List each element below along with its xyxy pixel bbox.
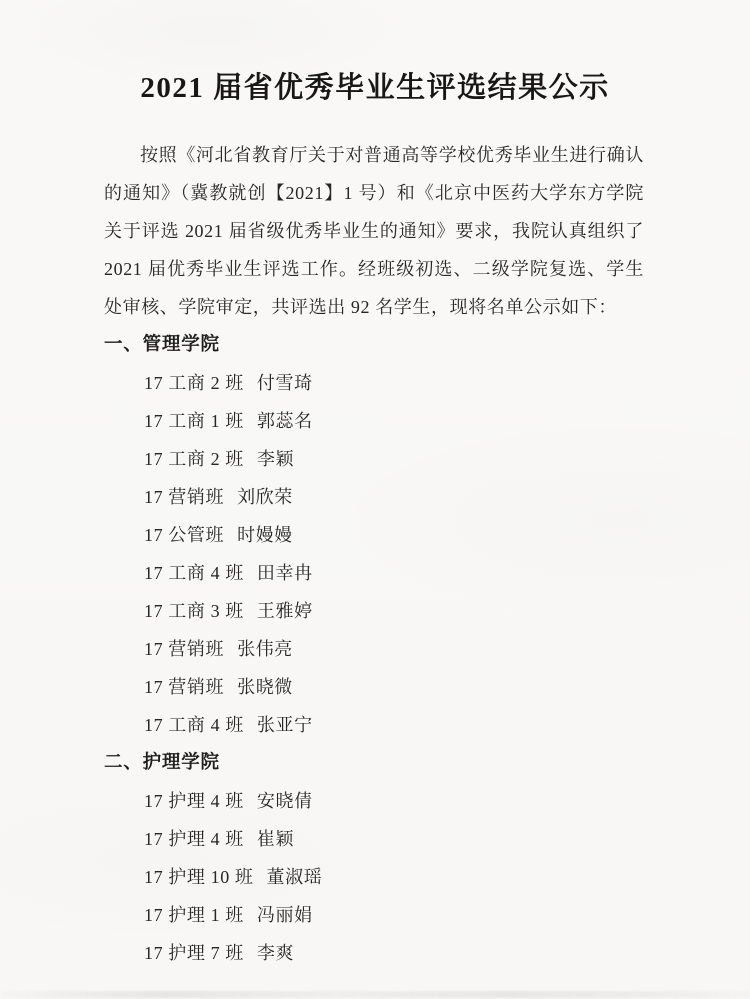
section-heading-management: 一、管理学院: [104, 326, 644, 364]
student-name: 张亚宁: [257, 715, 313, 735]
student-name: 张伟亮: [237, 639, 293, 659]
student-class: 17 营销班: [144, 639, 224, 659]
student-name: 李爽: [257, 943, 294, 963]
student-row: 17 营销班刘欣荣: [104, 478, 644, 516]
document-page: 2021 届省优秀毕业生评选结果公示 按照《河北省教育厅关于对普通高等学校优秀毕…: [0, 0, 750, 999]
student-row: 17 营销班张晓微: [104, 668, 644, 706]
student-class: 17 护理 7 班: [144, 943, 244, 963]
student-name: 郭蕊名: [257, 411, 313, 431]
student-class: 17 公管班: [144, 525, 224, 545]
student-class: 17 工商 2 班: [144, 449, 244, 469]
student-row: 17 护理 4 班崔颖: [104, 820, 644, 858]
student-class: 17 护理 10 班: [144, 867, 254, 887]
student-name: 付雪琦: [257, 373, 313, 393]
student-name: 李颖: [257, 449, 294, 469]
section-heading-nursing: 二、护理学院: [104, 744, 644, 782]
student-name: 张晓微: [237, 677, 293, 697]
student-row: 17 工商 2 班李颖: [104, 440, 644, 478]
student-row: 17 工商 3 班王雅婷: [104, 592, 644, 630]
student-row: 17 营销班张伟亮: [104, 630, 644, 668]
student-class: 17 工商 3 班: [144, 601, 244, 621]
student-name: 时嫚嫚: [237, 525, 293, 545]
student-name: 田幸冉: [257, 563, 313, 583]
student-class: 17 营销班: [144, 487, 224, 507]
student-row: 17 工商 4 班张亚宁: [104, 706, 644, 744]
page-title: 2021 届省优秀毕业生评选结果公示: [0, 0, 750, 108]
intro-paragraph: 按照《河北省教育厅关于对普通高等学校优秀毕业生进行确认的通知》（冀教就创【202…: [104, 136, 644, 326]
student-row: 17 公管班时嫚嫚: [104, 516, 644, 554]
student-name: 崔颖: [257, 829, 294, 849]
student-class: 17 工商 2 班: [144, 373, 244, 393]
document-body: 按照《河北省教育厅关于对普通高等学校优秀毕业生进行确认的通知》（冀教就创【202…: [0, 136, 750, 972]
student-name: 王雅婷: [257, 601, 313, 621]
student-class: 17 护理 4 班: [144, 829, 244, 849]
student-row: 17 护理 7 班李爽: [104, 934, 644, 972]
student-row: 17 护理 1 班冯丽娟: [104, 896, 644, 934]
student-name: 冯丽娟: [257, 905, 313, 925]
student-class: 17 工商 4 班: [144, 715, 244, 735]
student-class: 17 护理 1 班: [144, 905, 244, 925]
student-row: 17 护理 4 班安晓倩: [104, 782, 644, 820]
student-name: 刘欣荣: [237, 487, 293, 507]
student-class: 17 工商 1 班: [144, 411, 244, 431]
student-class: 17 工商 4 班: [144, 563, 244, 583]
student-name: 董淑瑶: [267, 867, 323, 887]
student-name: 安晓倩: [257, 791, 313, 811]
student-row: 17 工商 2 班付雪琦: [104, 364, 644, 402]
student-class: 17 营销班: [144, 677, 224, 697]
student-row: 17 工商 4 班田幸冉: [104, 554, 644, 592]
student-class: 17 护理 4 班: [144, 791, 244, 811]
student-row: 17 工商 1 班郭蕊名: [104, 402, 644, 440]
scan-artifact-band: [0, 991, 750, 998]
student-row: 17 护理 10 班董淑瑶: [104, 858, 644, 896]
